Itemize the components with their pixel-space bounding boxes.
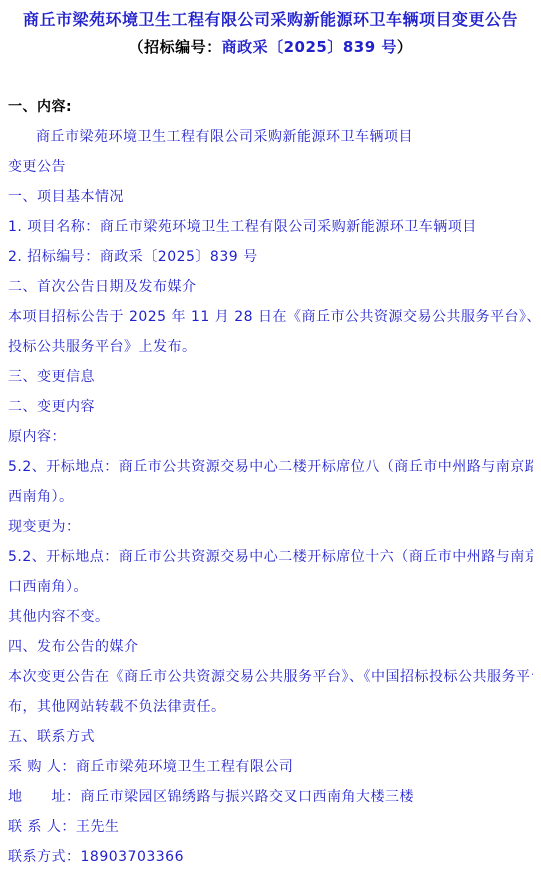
doc-line-purchaser: 采 购 人：商丘市梁苑环境卫生工程有限公司 xyxy=(8,752,533,782)
subtitle-suffix: ） xyxy=(397,38,413,56)
doc-line-address: 地 址：商丘市梁园区锦绣路与振兴路交叉口西南角大楼三楼 xyxy=(8,782,533,812)
doc-line-announcement-date-2: 投标公共服务平台》上发布。 xyxy=(8,332,533,362)
doc-line-contact-phone: 联系方式：18903703366 xyxy=(8,842,533,872)
doc-line-contact-person: 联 系 人：王先生 xyxy=(8,812,533,842)
doc-line-new-location-1: 5.2、开标地点：商丘市公共资源交易中心二楼开标席位十六（商丘市中州路与南京路交… xyxy=(8,542,533,572)
doc-line-other-unchanged: 其他内容不变。 xyxy=(8,602,533,632)
document-body: 一、内容: 商丘市梁苑环境卫生工程有限公司采购新能源环卫车辆项目 变更公告 一、… xyxy=(8,92,533,872)
doc-line-changed-to-label: 现变更为： xyxy=(8,512,533,542)
doc-line-original-location-2: 西南角）。 xyxy=(8,482,533,512)
section-heading-first-announcement: 二、首次公告日期及发布媒介 xyxy=(8,272,533,302)
section-heading-basic-info: 一、项目基本情况 xyxy=(8,182,533,212)
section-heading-change-info: 三、变更信息 xyxy=(8,362,533,392)
doc-line-new-location-2: 口西南角）。 xyxy=(8,572,533,602)
document-subtitle: （招标编号：商政采〔2025〕839 号） xyxy=(8,32,533,62)
announcement-document: 商丘市梁苑环境卫生工程有限公司采购新能源环卫车辆项目变更公告 （招标编号：商政采… xyxy=(0,0,541,872)
section-heading-contact: 五、联系方式 xyxy=(8,722,533,752)
doc-line-project-name-field: 1. 项目名称：商丘市梁苑环境卫生工程有限公司采购新能源环卫车辆项目 xyxy=(8,212,533,242)
doc-line-announcement-date-1: 本项目招标公告于 2025 年 11 月 28 日在《商丘市公共资源交易公共服务… xyxy=(8,302,533,332)
subtitle-prefix: （招标编号： xyxy=(129,38,222,56)
section-heading-content: 一、内容: xyxy=(8,92,533,122)
doc-line-publish-media-1: 本次变更公告在《商丘市公共资源交易公共服务平台》、《中国招标投标公共服务平台》上… xyxy=(8,662,533,692)
section-heading-change-content: 二、变更内容 xyxy=(8,392,533,422)
doc-line-tender-number-field: 2. 招标编号：商政采〔2025〕839 号 xyxy=(8,242,533,272)
doc-line-original-location-1: 5.2、开标地点：商丘市公共资源交易中心二楼开标席位八（商丘市中州路与南京路交叉… xyxy=(8,452,533,482)
tender-number: 商政采〔2025〕839 号 xyxy=(222,38,397,56)
document-title: 商丘市梁苑环境卫生工程有限公司采购新能源环卫车辆项目变更公告 xyxy=(8,8,533,32)
section-heading-publish-media: 四、发布公告的媒介 xyxy=(8,632,533,662)
doc-line-publish-media-2: 布，其他网站转载不负法律责任。 xyxy=(8,692,533,722)
doc-line-change-announcement: 变更公告 xyxy=(8,152,533,182)
doc-line-project-name: 商丘市梁苑环境卫生工程有限公司采购新能源环卫车辆项目 xyxy=(8,122,533,152)
doc-line-original-content-label: 原内容： xyxy=(8,422,533,452)
